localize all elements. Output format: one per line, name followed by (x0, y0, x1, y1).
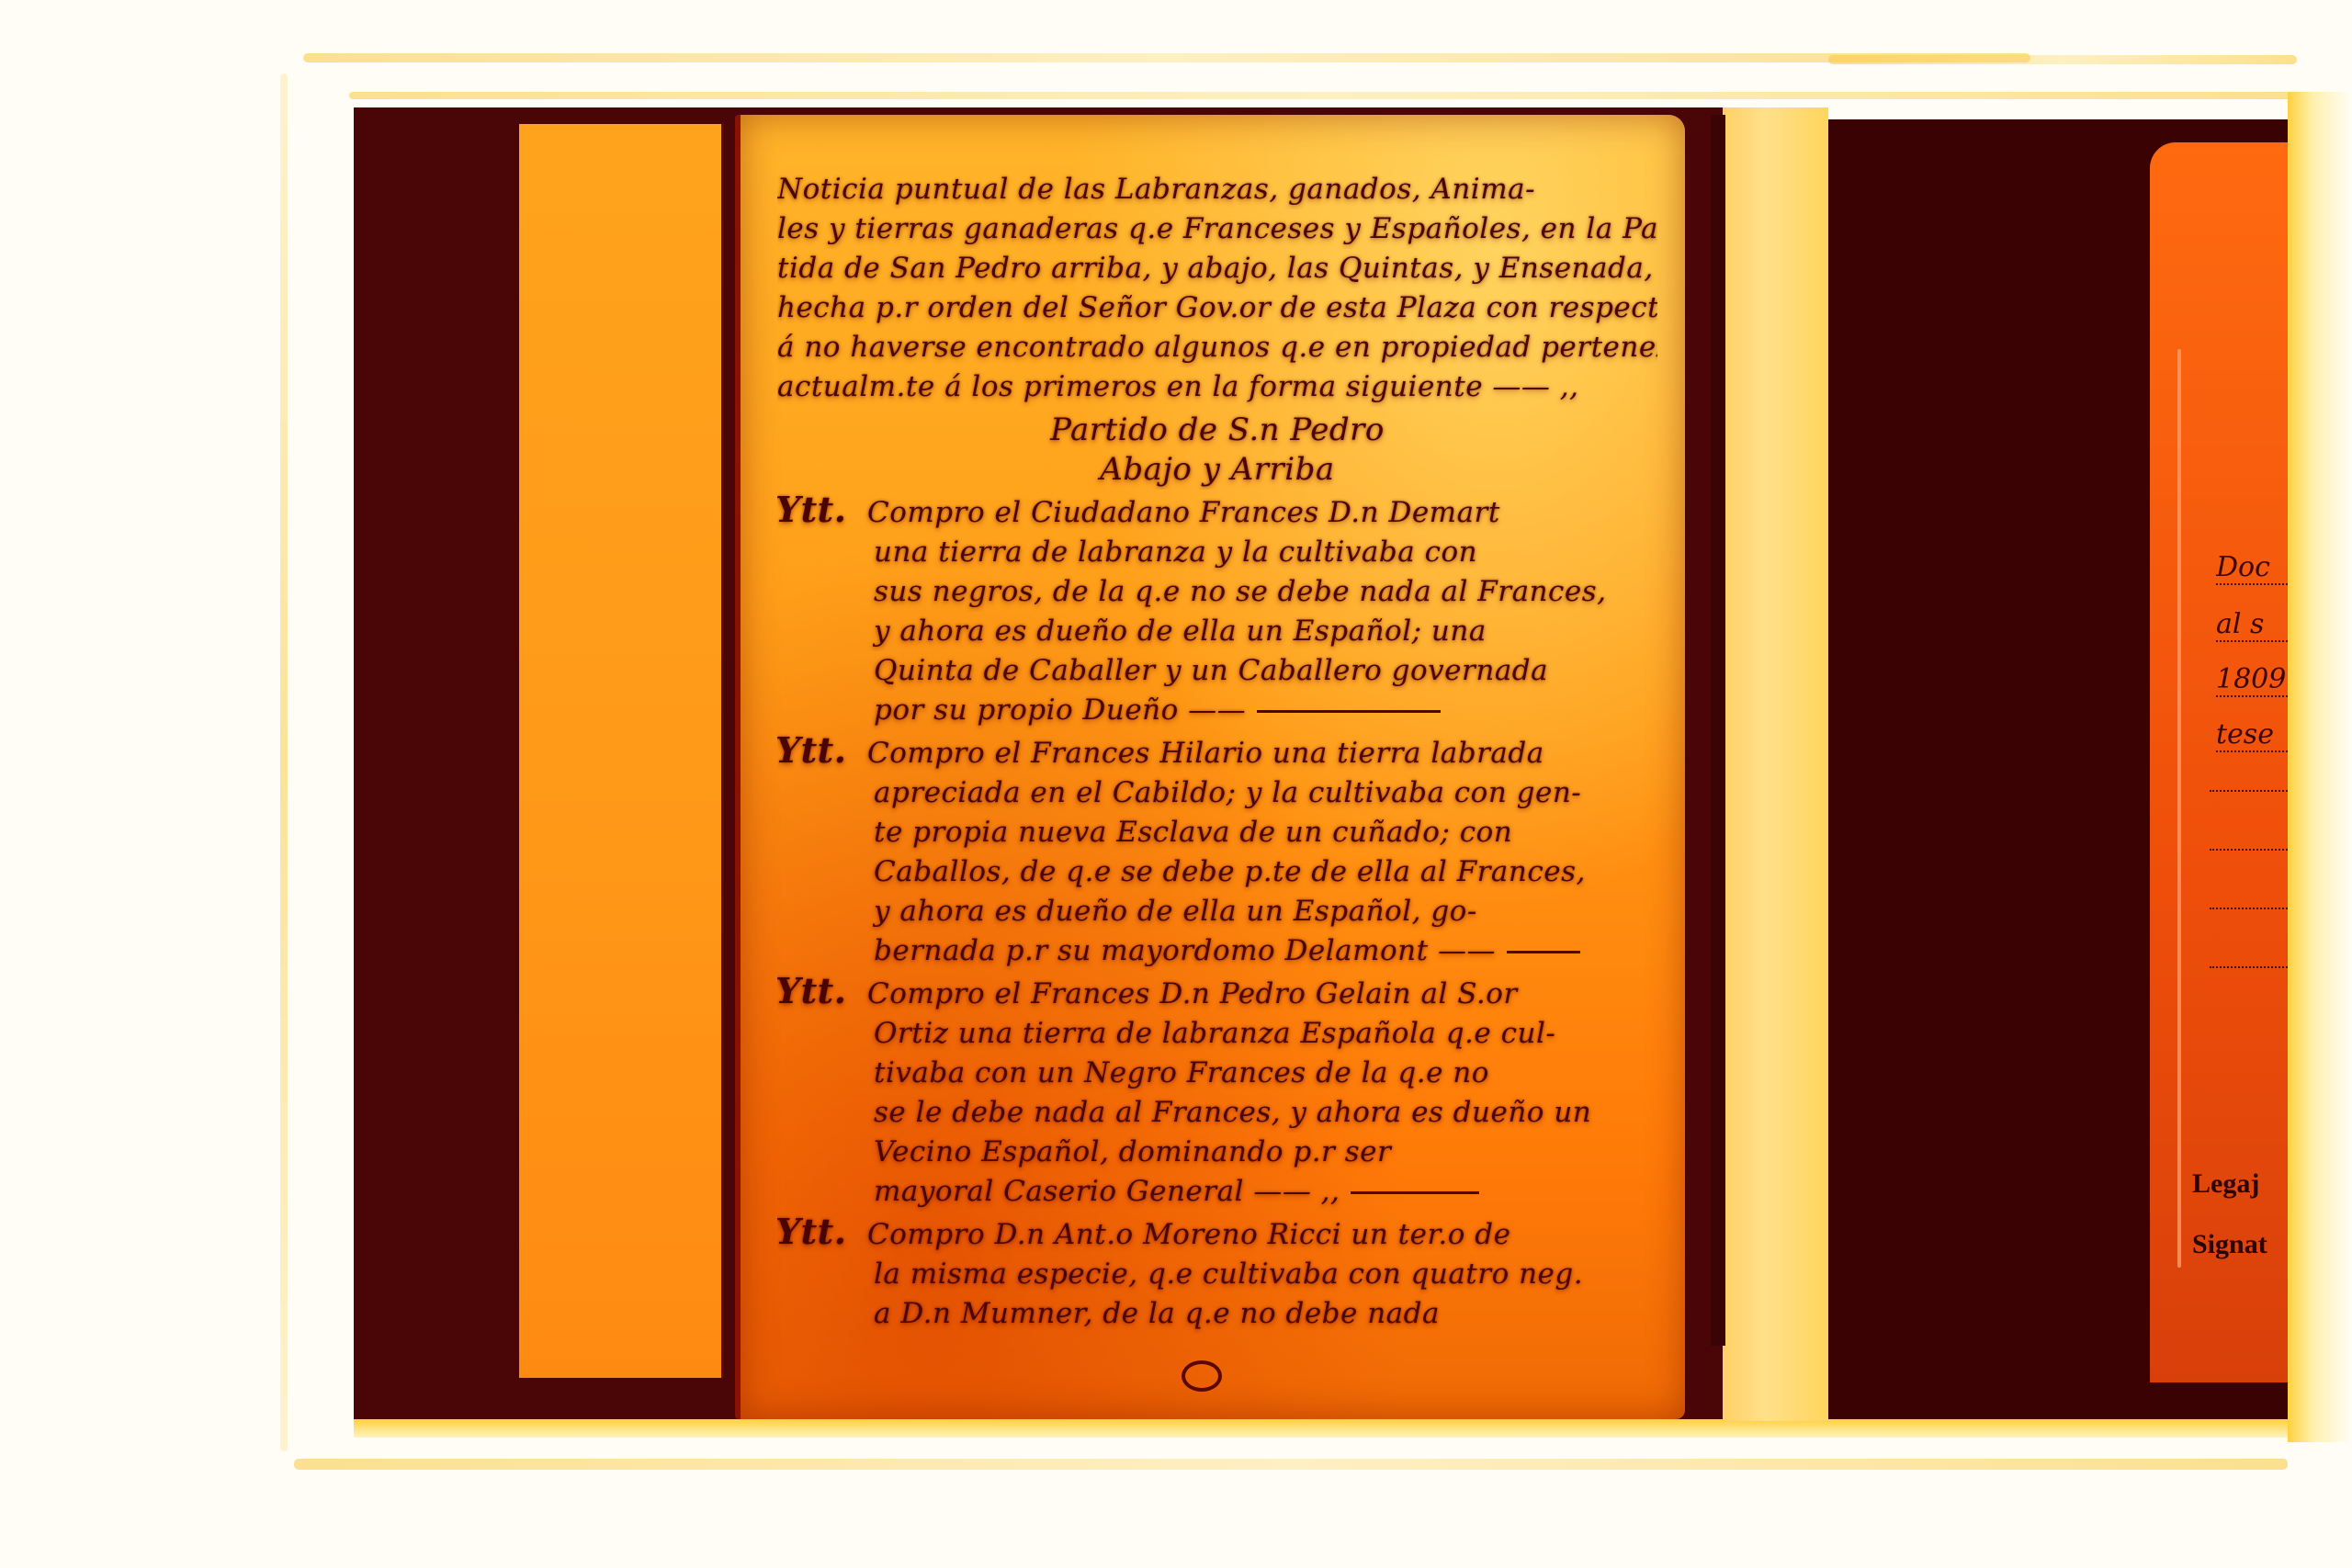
section-heading: Partido de S.n Pedro (777, 411, 1657, 450)
line-filler-rule (1257, 710, 1441, 713)
item-mark: Ytt. (777, 490, 867, 529)
entry-line: una tierra de labranza y la cultivaba co… (777, 533, 1657, 572)
intro-line: á no haverse encontrado algunos q.e en p… (777, 328, 1657, 367)
entry-line: te propia nueva Esclava de un cuñado; co… (777, 813, 1657, 852)
intro-line: Noticia puntual de las Labranzas, ganado… (777, 170, 1657, 209)
binding-string (2177, 349, 2181, 1268)
entry-line: a D.n Mumner, de la q.e no debe nada (777, 1294, 1657, 1334)
entry-line: mayoral Caserio General —— ,, (777, 1172, 1657, 1212)
entry-line: Quinta de Caballer y un Caballero govern… (777, 651, 1657, 691)
item-mark: Ytt. (777, 730, 867, 770)
entry-line: sus negros, de la q.e no se debe nada al… (777, 572, 1657, 612)
folder-printed-label-signatura: Signat (2192, 1229, 2293, 1260)
entry-line: por su propio Dueño —— (777, 691, 1657, 730)
frame-top-line-inner (349, 92, 2306, 99)
entry-line: Ytt.Compro el Ciudadano Frances D.n Dema… (777, 490, 1657, 533)
entry-line: apreciada en el Cabildo; y la cultivaba … (777, 773, 1657, 813)
entry-line: y ahora es dueño de ella un Español, go- (777, 892, 1657, 931)
section-subheading: Abajo y Arriba (777, 450, 1657, 490)
intro-line: hecha p.r orden del Señor Gov.or de esta… (777, 288, 1657, 328)
entry-line: Ytt.Compro el Frances D.n Pedro Gelain a… (777, 971, 1657, 1014)
page-edge-shadow (1711, 115, 1725, 1346)
ink-flourish-mark (1182, 1360, 1222, 1392)
frame-bottom-line (294, 1459, 2288, 1470)
folder-printed-label-legajo: Legaj (2192, 1168, 2293, 1200)
item-mark: Ytt. (777, 971, 867, 1010)
entry-line: y ahora es dueño de ella un Español; una (777, 612, 1657, 651)
frame-right-edge (2288, 92, 2352, 1442)
entry-line: Ytt.Compro el Frances Hilario una tierra… (777, 730, 1657, 773)
entry-line: se le debe nada al Frances, y ahora es d… (777, 1093, 1657, 1133)
line-filler-rule (1351, 1191, 1479, 1194)
entry-line: la misma especie, q.e cultivaba con quat… (777, 1255, 1657, 1294)
intro-line: tida de San Pedro arriba, y abajo, las Q… (777, 249, 1657, 288)
frame-left-line (280, 73, 288, 1451)
entry-line: bernada p.r su mayordomo Delamont —— (777, 931, 1657, 971)
frame-bottom-glow (354, 1419, 2292, 1438)
intro-line: actualm.te á los primeros en la forma si… (777, 367, 1657, 407)
entry-line: Ytt.Compro D.n Ant.o Moreno Ricci un ter… (777, 1212, 1657, 1255)
entry-line: Ortiz una tierra de labranza Española q.… (777, 1014, 1657, 1054)
entry-line: Vecino Español, dominando p.r ser (777, 1133, 1657, 1172)
entry-line: tivaba con un Negro Frances de la q.e no (777, 1054, 1657, 1093)
frame-top-line-outer (303, 53, 2030, 62)
manuscript-text: Noticia puntual de las Labranzas, ganado… (777, 170, 1657, 1334)
intro-line: les y tierras ganaderas q.e Franceses y … (777, 209, 1657, 249)
item-mark: Ytt. (777, 1212, 867, 1251)
entry-line: Caballos, de q.e se debe p.te de ella al… (777, 852, 1657, 892)
blank-index-card (519, 124, 724, 1378)
manuscript-page: Noticia puntual de las Labranzas, ganado… (735, 115, 1685, 1419)
line-filler-rule (1507, 951, 1580, 953)
frame-top-line-outer-right (1828, 55, 2297, 64)
film-gap-strip (1723, 107, 1828, 1421)
